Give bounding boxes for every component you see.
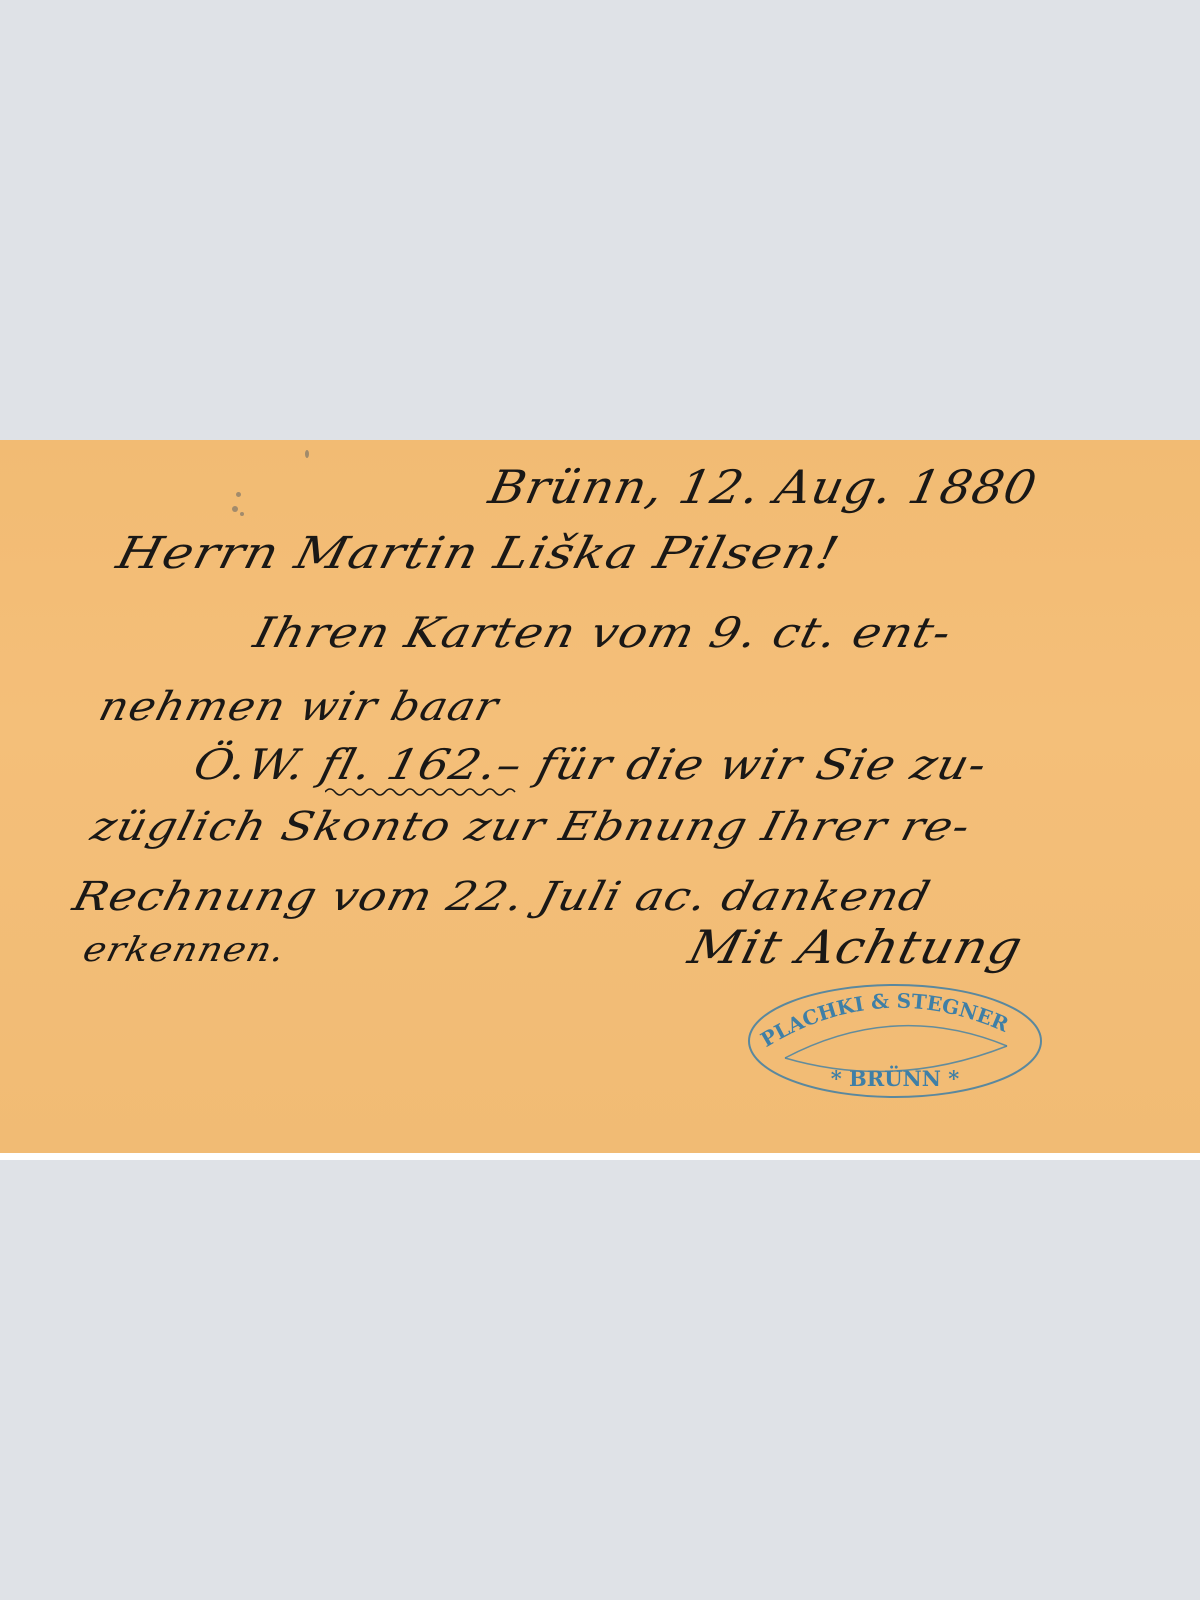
amount-underline: [325, 784, 525, 796]
postcard: Brünn, 12. Aug. 1880 Herrn Martin Liška …: [0, 440, 1200, 1153]
ink-speck: [305, 450, 309, 458]
ink-speck: [236, 492, 241, 497]
ink-speck: [232, 506, 238, 512]
ink-speck: [240, 512, 244, 516]
date-line: Brünn, 12. Aug. 1880: [484, 460, 1042, 514]
stamp-top-text: PLACHKI & STEGNER: [756, 989, 1012, 1052]
body-line-4: züglich Skonto zur Ebnung Ihrer re-: [86, 804, 975, 850]
body-line-2: nehmen wir baar: [94, 684, 503, 730]
stamp-bottom-text: * BRÜNN *: [831, 1066, 960, 1091]
body-line-1: Ihren Karten vom 9. ct. ent-: [249, 608, 957, 657]
company-stamp: PLACHKI & STEGNER * BRÜNN *: [745, 980, 1045, 1102]
body-line-3: Ö.W. fl. 162.– für die wir Sie zu-: [189, 740, 993, 789]
salutation: Herrn Martin Liška Pilsen!: [112, 528, 845, 579]
body-line-5: Rechnung vom 22. Juli ac. dankend: [68, 874, 935, 920]
card-edge: [0, 1153, 1200, 1160]
closing: Mit Achtung: [683, 920, 1028, 974]
body-line-6: erkennen.: [79, 930, 290, 970]
